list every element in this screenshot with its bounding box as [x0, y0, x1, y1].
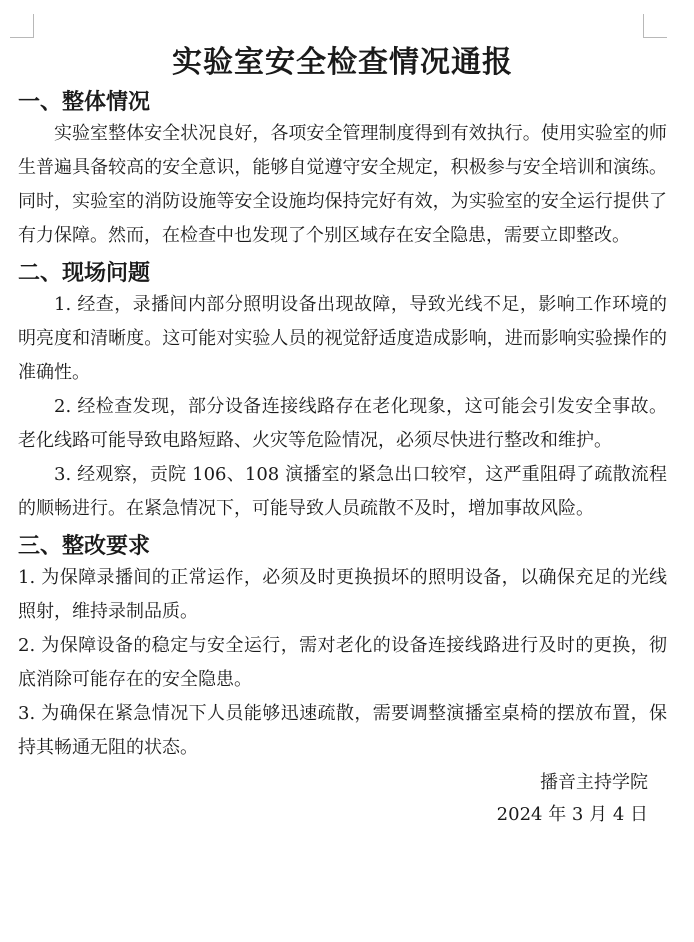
- margin-crop-mark-top-left: [10, 14, 34, 38]
- section-heading-1: 一、整体情况: [18, 87, 667, 117]
- paragraph: 实验室整体安全状况良好，各项安全管理制度得到有效执行。使用实验室的师生普遍具备较…: [18, 117, 667, 253]
- paragraph: 2. 经检查发现，部分设备连接线路存在老化现象，这可能会引发安全事故。老化线路可…: [18, 390, 667, 458]
- paragraph: 3. 经观察，贡院 106、108 演播室的紧急出口较窄，这严重阻碍了疏散流程的…: [18, 458, 667, 526]
- paragraph: 1. 为保障录播间的正常运作，必须及时更换损坏的照明设备，以确保充足的光线照射，…: [18, 561, 667, 629]
- margin-crop-mark-top-right: [643, 14, 667, 38]
- signature-date: 2024 年 3 月 4 日: [18, 799, 648, 831]
- signature-block: 播音主持学院 2024 年 3 月 4 日: [18, 767, 648, 831]
- paragraph: 3. 为确保在紧急情况下人员能够迅速疏散，需要调整演播室桌椅的摆放布置，保持其畅…: [18, 697, 667, 765]
- section-heading-2: 二、现场问题: [18, 258, 667, 288]
- document-title: 实验室安全检查情况通报: [18, 44, 667, 82]
- section-heading-3: 三、整改要求: [18, 531, 667, 561]
- document-sections: 一、整体情况实验室整体安全状况良好，各项安全管理制度得到有效执行。使用实验室的师…: [18, 87, 667, 765]
- document-content: 实验室安全检查情况通报 一、整体情况实验室整体安全状况良好，各项安全管理制度得到…: [18, 44, 667, 831]
- signature-organization: 播音主持学院: [18, 767, 648, 799]
- paragraph: 1. 经查，录播间内部分照明设备出现故障，导致光线不足，影响工作环境的明亮度和清…: [18, 288, 667, 390]
- paragraph: 2. 为保障设备的稳定与安全运行，需对老化的设备连接线路进行及时的更换，彻底消除…: [18, 629, 667, 697]
- document-page: 实验室安全检查情况通报 一、整体情况实验室整体安全状况良好，各项安全管理制度得到…: [0, 0, 694, 942]
